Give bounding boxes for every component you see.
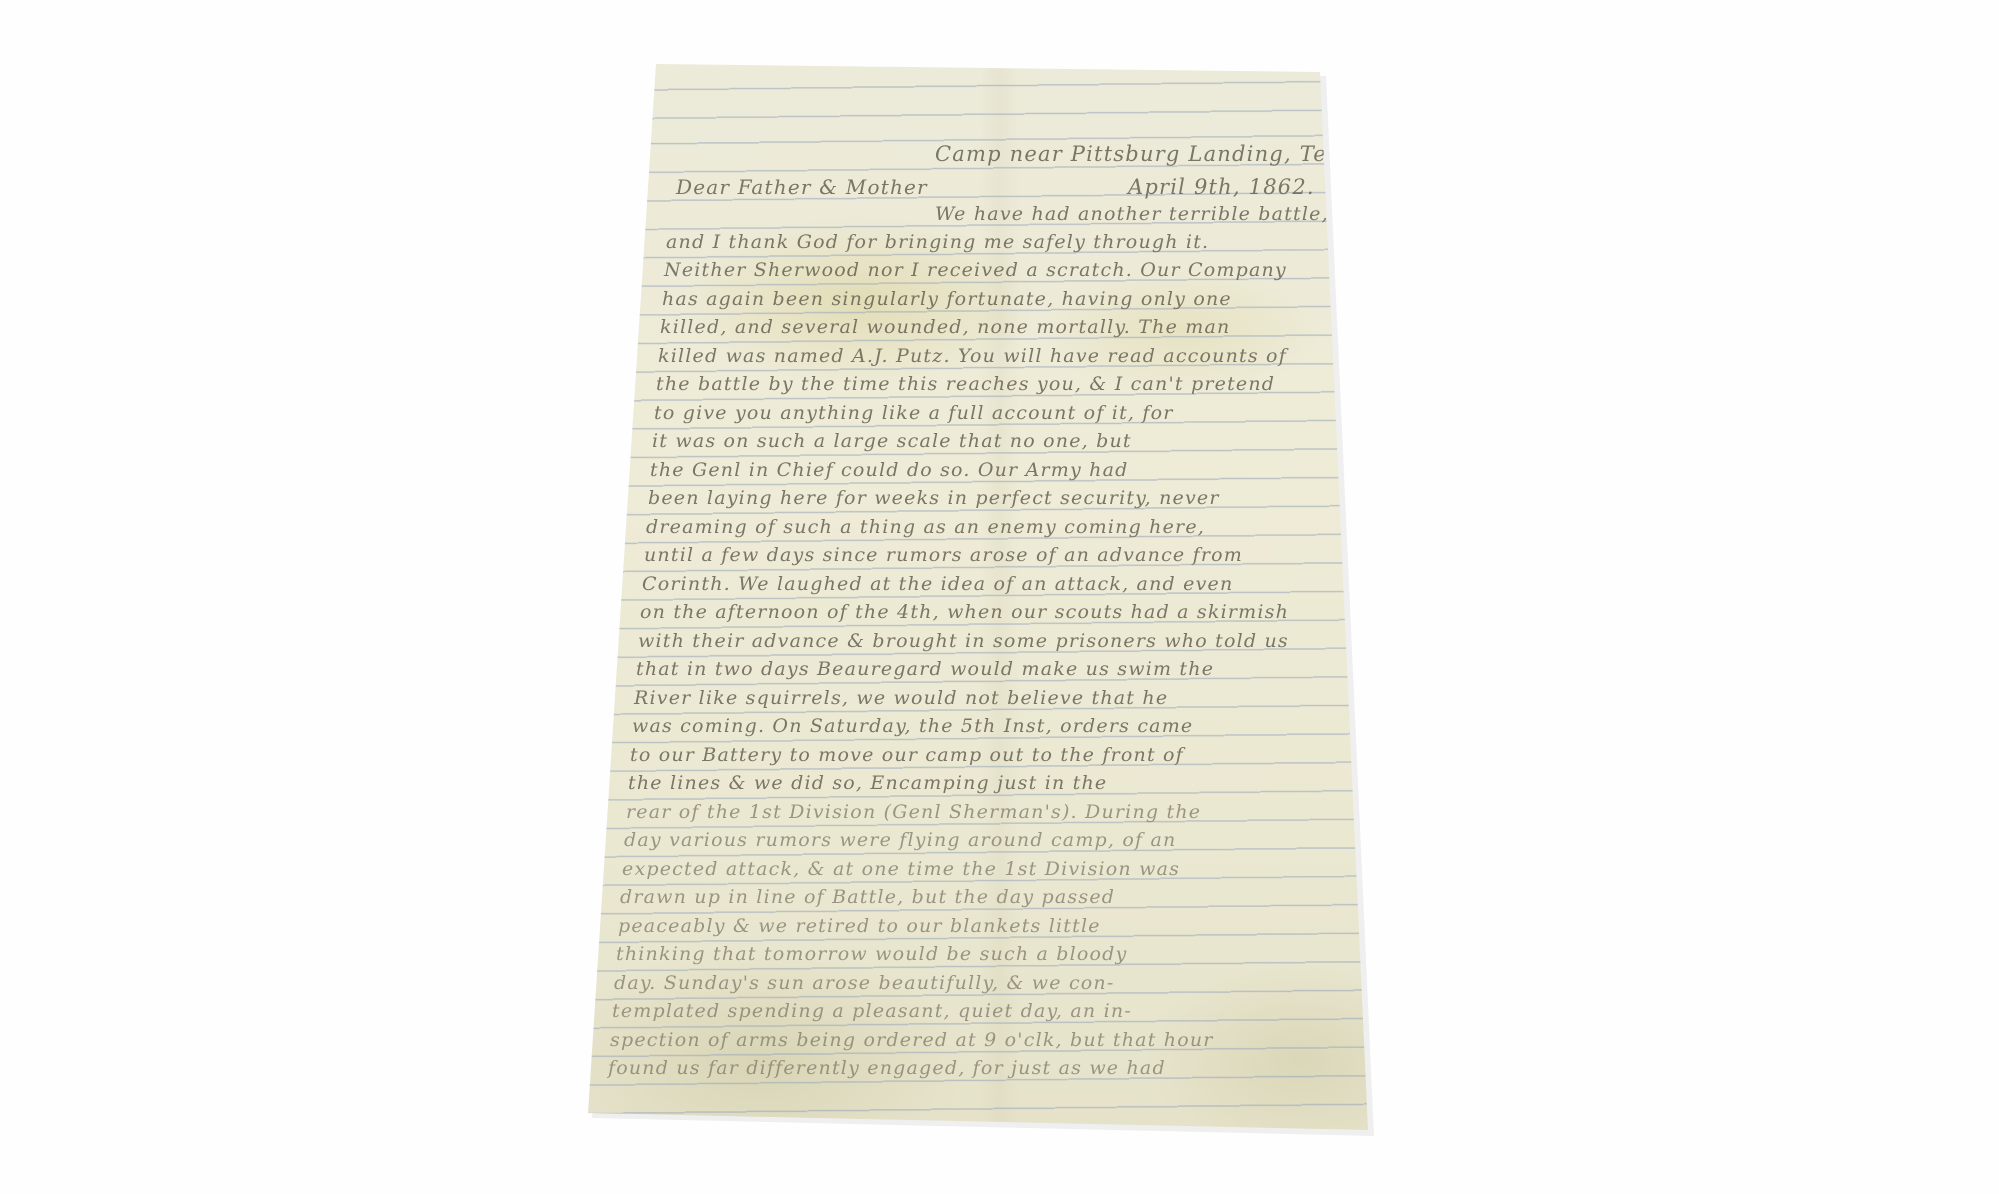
letter-line: the Genl in Chief could do so. Our Army … [650,459,1128,481]
letter-line: templated spending a pleasant, quiet day… [612,1000,1132,1022]
letter-line: River like squirrels, we would not belie… [634,687,1168,709]
letter-line: the lines & we did so, Encamping just in… [628,772,1107,794]
photo-background: Camp near Pittsburg Landing, Tenn Dear F… [0,0,1999,1194]
letter-line: Neither Sherwood nor I received a scratc… [664,259,1287,281]
letter-line: killed, and several wounded, none mortal… [660,316,1230,338]
letter-line: day various rumors were flying around ca… [624,829,1176,851]
letter-line: to give you anything like a full account… [654,402,1174,424]
letter-line: with their advance & brought in some pri… [638,630,1289,652]
letter-line: peaceably & we retired to our blankets l… [618,915,1101,937]
letter-line: rear of the 1st Division (Genl Sherman's… [626,801,1201,823]
letter-line: dreaming of such a thing as an enemy com… [646,516,1205,538]
letter-line: and I thank God for bringing me safely t… [666,231,1209,253]
letter-line: drawn up in line of Battle, but the day … [620,886,1115,908]
handwritten-text: Camp near Pittsburg Landing, Tenn Dear F… [0,0,1999,1194]
letter-line: been laying here for weeks in perfect se… [648,487,1220,509]
letter-line: killed was named A.J. Putz. You will hav… [658,345,1287,367]
letter-salutation: Dear Father & Mother [676,175,928,199]
letter-line: spection of arms being ordered at 9 o'cl… [610,1029,1214,1051]
letter-line: was coming. On Saturday, the 5th Inst, o… [632,715,1193,737]
letter-line: thinking that tomorrow would be such a b… [616,943,1127,965]
letter-line: until a few days since rumors arose of a… [644,544,1243,566]
letter-line: day. Sunday's sun arose beautifully, & w… [614,972,1115,994]
letter-line: the battle by the time this reaches you,… [656,373,1275,395]
letter-line: We have had another terrible battle, [935,203,1329,225]
letter-line: has again been singularly fortunate, hav… [662,288,1232,310]
letter-line: on the afternoon of the 4th, when our sc… [640,601,1289,623]
letter-line: expected attack, & at one time the 1st D… [622,858,1180,880]
letter-line: that in two days Beauregard would make u… [636,658,1214,680]
letter-heading-place: Camp near Pittsburg Landing, Tenn [935,142,1356,166]
letter-date: April 9th, 1862. [1128,175,1315,199]
letter-line: Corinth. We laughed at the idea of an at… [642,573,1233,595]
letter-line: to our Battery to move our camp out to t… [630,744,1184,766]
letter-line: found us far differently engaged, for ju… [608,1057,1166,1079]
letter-line: it was on such a large scale that no one… [652,430,1132,452]
